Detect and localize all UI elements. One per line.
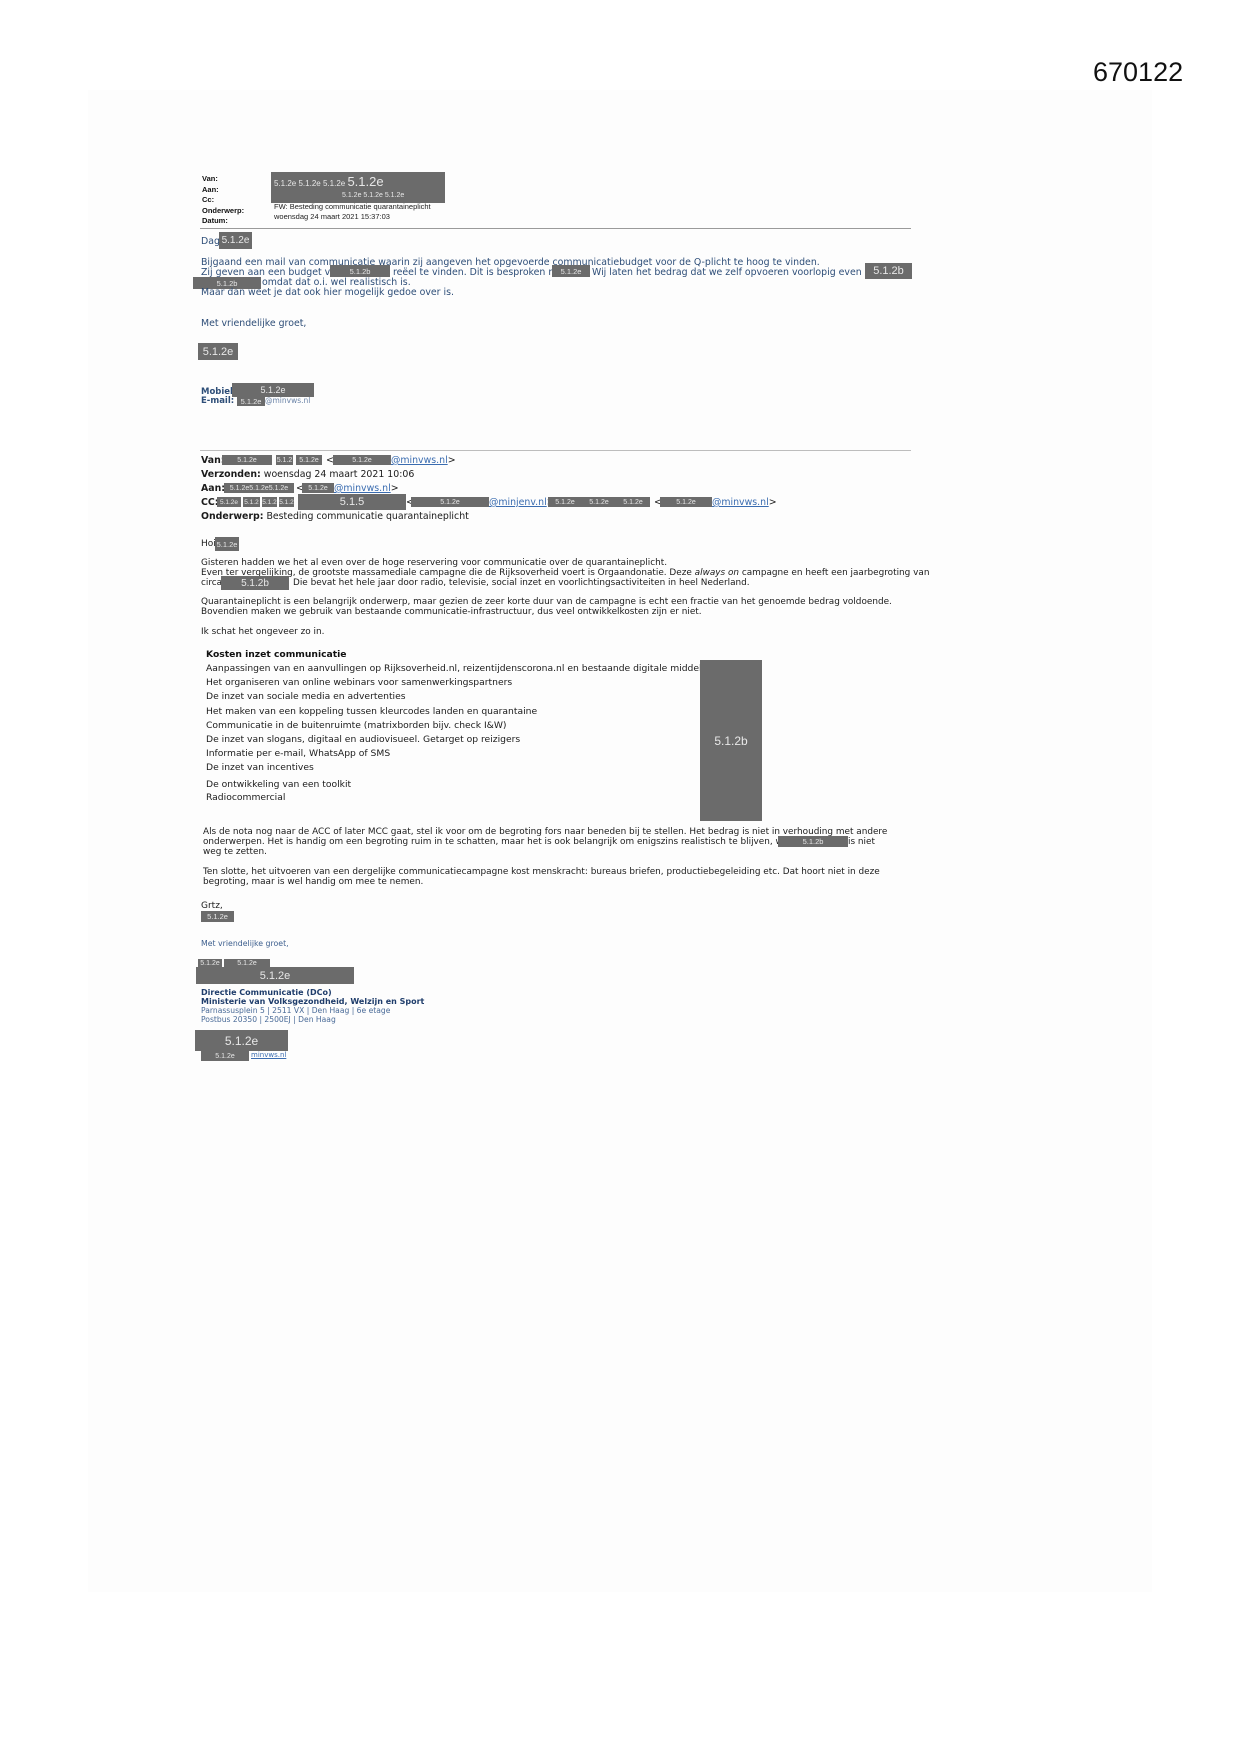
orig-greeting: Hoi (201, 539, 216, 551)
orig-aan-label: Aan: (201, 483, 225, 495)
orig-p3: Ik schat het ongeveer zo in. (201, 627, 324, 639)
redaction-van-2: 5.1.2 (276, 455, 293, 465)
orig-p5-l2: begroting, maar is wel handig om mee te … (203, 877, 423, 889)
redaction-orig-reason: 5.1.2b (778, 836, 848, 847)
cost-table-title: Kosten inzet communicatie (206, 649, 347, 660)
cost-item: Het organiseren van online webinars voor… (206, 675, 713, 689)
redaction-aan-names: 5.1.2e5.1.2e5.1.2e (224, 483, 294, 493)
label-datum: Datum: (202, 216, 244, 227)
orig-van-domain: @minvws.nl> (391, 455, 456, 467)
redaction-aan-email: 5.1.2e (302, 483, 334, 493)
redaction-cc-names-2: 5.1.2e5.1.2e5.1.2e (548, 497, 650, 507)
redaction-cc-2: 5.1.2 (243, 497, 260, 507)
redaction-greeting-name: 5.1.2e (219, 232, 252, 249)
orig-p1-l3b: Die bevat het hele jaar door radio, tele… (293, 578, 750, 590)
cost-item: De ontwikkeling van een toolkit (206, 777, 713, 790)
redaction-budget: 5.1.2b (330, 265, 390, 277)
redaction-mobile: 5.1.2e (232, 383, 314, 397)
email-domain[interactable]: @minvws.nl (265, 396, 310, 405)
cost-item: De inzet van sociale media en advertenti… (206, 689, 713, 703)
orig-cc-domain-2: @minvws.nl> (712, 497, 777, 509)
orig-cc-label: CC: (201, 497, 219, 509)
orig-p1-l3a: circa (201, 578, 222, 590)
forward-line-4: Maar dan weet je dat ook hier mogelijk g… (201, 287, 454, 298)
forward-line-2b: reëel te vinden. Dit is besproken met (393, 267, 567, 278)
redaction-cc-email-1: 5.1.2e (411, 497, 489, 507)
redaction-cost-amounts: 5.1.2b (700, 660, 762, 821)
forward-greeting: Dag (201, 236, 220, 247)
redaction-sender-name: 5.1.2e (198, 343, 238, 360)
orig-aan-domain: @minvws.nl> (334, 483, 399, 495)
forward-closing: Met vriendelijke groet, (201, 318, 306, 329)
redaction-header-recipients: 5.1.2e 5.1.2e 5.1.2e 5.1.2e 5.1.2e 5.1.2… (271, 172, 445, 203)
redaction-sig-3: 5.1.2e (196, 967, 354, 984)
cost-item: Informatie per e-mail, WhatsApp of SMS (206, 746, 713, 760)
label-aan: Aan: (202, 185, 244, 196)
cc-email-link-2[interactable]: @minvws.nl (712, 497, 769, 508)
signature-address-2: Postbus 20350 | 2500EJ | Den Haag (201, 1015, 336, 1025)
contact-email-domain[interactable]: minvws.nl (251, 1051, 286, 1059)
cost-item: Radiocommercial (206, 790, 713, 803)
cost-item: Aanpassingen van en aanvullingen op Rijk… (206, 661, 713, 675)
original-divider (200, 450, 911, 451)
forward-date: woensdag 24 maart 2021 15:37:03 (274, 212, 390, 223)
redaction-van-3: 5.1.2e (296, 455, 322, 465)
redaction-person: 5.1.2e (552, 265, 590, 277)
redaction-cc-3: 5.1.2 (262, 497, 277, 507)
email-label: E-mail: (201, 396, 234, 407)
cost-item: Communicatie in de buitenruimte (matrixb… (206, 718, 713, 732)
redaction-contact-big: 5.1.2e (195, 1030, 288, 1051)
redaction-cc-email-2: 5.1.2e (660, 497, 712, 507)
aan-email-link[interactable]: @minvws.nl (334, 483, 391, 494)
forward-header-labels: Van: Aan: Cc: Onderwerp: Datum: (202, 174, 244, 227)
orig-p4-l2a: onderwerpen. Het is handig om een begrot… (203, 837, 797, 849)
redaction-cc-1: 5.1.2e (217, 497, 241, 507)
redaction-van-email: 5.1.2e (333, 455, 391, 465)
cc-email-link-1[interactable]: @minjenv.nl (489, 497, 547, 508)
cost-item: De inzet van slogans, digitaal en audiov… (206, 732, 713, 746)
orig-onderwerp: Onderwerp: Besteding communicatie quaran… (201, 511, 469, 523)
redaction-cc-5: 5.1.5 (298, 494, 406, 510)
orig-p4-l3: weg te zetten. (203, 847, 267, 859)
redaction-cc-4: 5.1.2 (279, 497, 294, 507)
label-cc: Cc: (202, 195, 244, 206)
orig-closing: Met vriendelijke groet, (201, 939, 289, 949)
redaction-orig-amount: 5.1.2b (221, 576, 289, 590)
cost-item: De inzet van incentives (206, 760, 713, 777)
label-van: Van: (202, 174, 244, 185)
van-email-link[interactable]: @minvws.nl (391, 455, 448, 466)
cost-table-items: Aanpassingen van en aanvullingen op Rijk… (206, 661, 713, 803)
orig-verzonden: Verzonden: woensdag 24 maart 2021 10:06 (201, 469, 414, 481)
redaction-van-1: 5.1.2e (222, 455, 272, 465)
header-divider (200, 228, 911, 229)
forward-subject: FW: Besteding communicatie quarantainepl… (274, 202, 431, 213)
redaction-email: 5.1.2e (237, 396, 265, 406)
redaction-contact-small: 5.1.2e (201, 1051, 249, 1061)
orig-p2-l2: Bovendien maken we gebruik van bestaande… (201, 607, 702, 619)
redaction-orig-greeting: 5.1.2e (215, 537, 239, 551)
redaction-amount: 5.1.2b (865, 263, 912, 279)
redaction-sign-name: 5.1.2e (201, 911, 234, 922)
orig-van-label: Van: (201, 455, 225, 467)
forward-line-2c: Wij laten het bedrag dat we zelf opvoere… (592, 267, 891, 278)
label-onderwerp: Onderwerp: (202, 206, 244, 217)
page-number: 670122 (1093, 57, 1183, 88)
cost-item: Het maken van een koppeling tussen kleur… (206, 704, 713, 718)
orig-p4-l2b: is niet (848, 837, 875, 849)
